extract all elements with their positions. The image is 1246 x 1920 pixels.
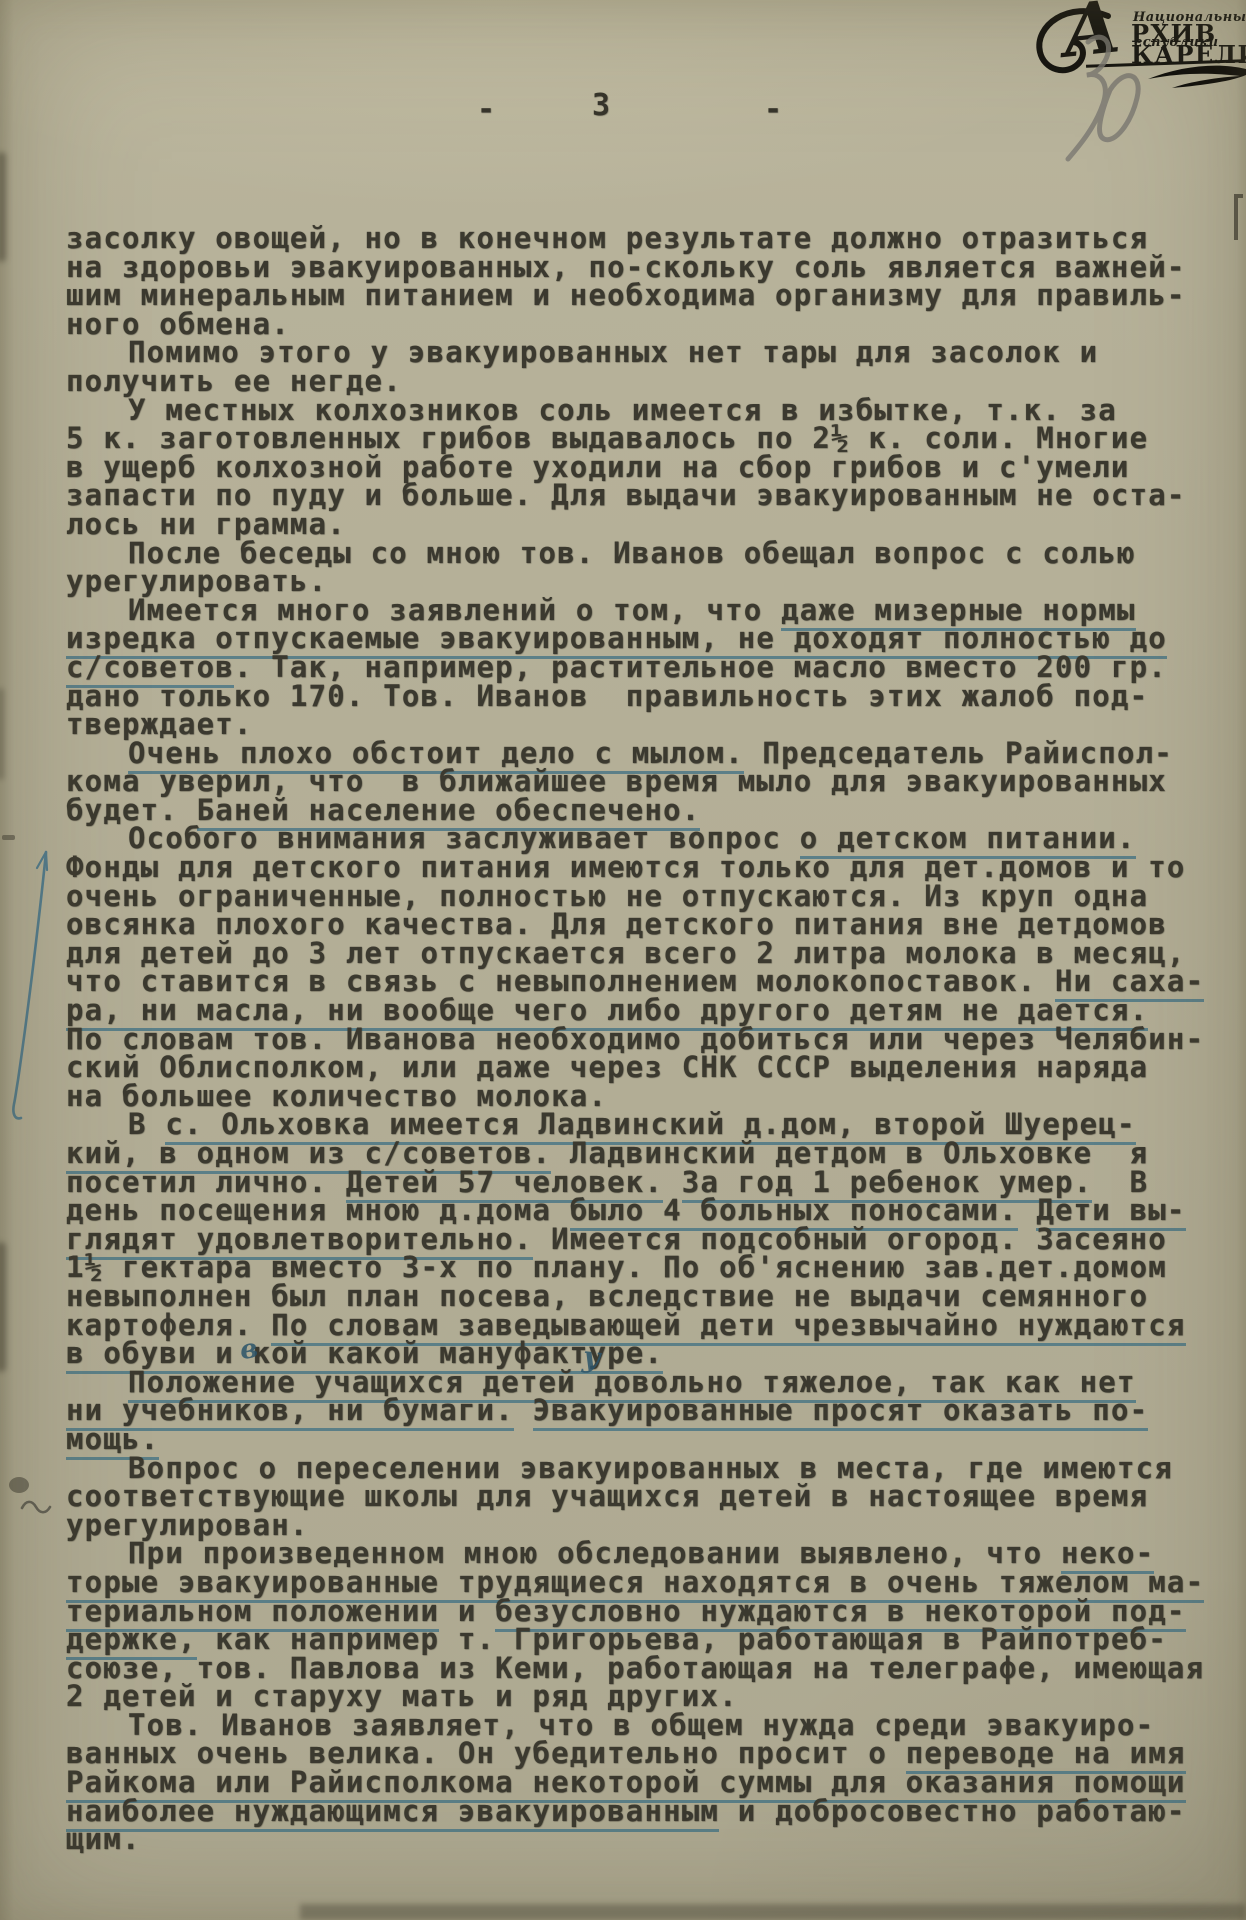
document-line: 1½ гектара вместо 3-х по плану. По об'яс… — [66, 1253, 1216, 1282]
paper-bottom-shadow — [300, 1904, 1246, 1920]
document-line: союзе, тов. Павлова из Кеми, работающая … — [66, 1654, 1216, 1683]
typed-text: щим. — [66, 1822, 141, 1856]
document-line: кома уверил, что в ближайшее время мыло … — [66, 767, 1216, 796]
document-line: тверждает. — [66, 710, 1216, 739]
document-line: запасти по пуду и больше. Для выдачи эва… — [66, 481, 1216, 510]
document-line: шим минеральным питанием и необходима ор… — [66, 281, 1216, 310]
paper-edge-smudge — [0, 152, 6, 262]
document-line: будет. Баней население обеспечено. — [66, 796, 1216, 825]
document-line: глядят удовлетворительно. Имеется подсоб… — [66, 1225, 1216, 1254]
typed-text — [514, 1393, 533, 1427]
document-line: невыполнен был план посева, вследствие н… — [66, 1282, 1216, 1311]
document-line: в ущерб колхозной работе уходили на сбор… — [66, 453, 1216, 482]
paper-edge-smudge — [0, 1242, 6, 1372]
right-edge-bracket-mark — [1236, 196, 1243, 240]
document-line: Вопрос о переселении эвакуированных в ме… — [66, 1454, 1216, 1483]
document-line: По словам тов. Иванова необходимо добить… — [66, 1025, 1216, 1054]
document-line: Положение учащихся детей довольно тяжело… — [66, 1368, 1216, 1397]
document-line: У местных колхозников соль имеется в изб… — [66, 396, 1216, 425]
document-line: засолку овощей, но в конечном результате… — [66, 224, 1216, 253]
typed-text: и добросовестно работаю- — [719, 1794, 1186, 1828]
document-line: ванных очень велика. Он убедительно прос… — [66, 1739, 1216, 1768]
document-line: Имеется много заявлений о том, что даже … — [66, 596, 1216, 625]
document-line: дано только 170. Тов. Иванов правильност… — [66, 682, 1216, 711]
document-line: изредка отпускаемые эвакуированным, не д… — [66, 624, 1216, 653]
document-line: Очень плохо обстоит дело с мылом. Предсе… — [66, 739, 1216, 768]
document-line: урегулирован. — [66, 1511, 1216, 1540]
document-line: овсянка плохого качества. Для детского п… — [66, 910, 1216, 939]
document-line: очень ограниченные, полностью не отпуска… — [66, 882, 1216, 911]
document-line: териальном положении и безусловно нуждаю… — [66, 1597, 1216, 1626]
document-line: ни учебников, ни бумаги. Эвакуированные … — [66, 1396, 1216, 1425]
document-line: что ставится в связь с невыполнением мол… — [66, 967, 1216, 996]
document-scan-page: { "page_header": { "dash_left": "-", "pa… — [0, 0, 1246, 1920]
paper-edge-smudge — [0, 688, 4, 780]
document-line: с/советов. Так, например, растительное м… — [66, 653, 1216, 682]
document-line: ного обмена. — [66, 310, 1216, 339]
feather-quill-icon — [1136, 62, 1246, 90]
document-line: лось ни грамма. — [66, 510, 1216, 539]
document-body: засолку овощей, но в конечном результате… — [66, 224, 1216, 1854]
document-line: получить ее негде. — [66, 367, 1216, 396]
document-line: Тов. Иванов заявляет, что в общем нужда … — [66, 1711, 1216, 1740]
document-line: 2 детей и старуху мать и ряд других. — [66, 1682, 1216, 1711]
page-number: 3 — [592, 88, 610, 123]
document-line: для детей до 3 лет отпускается всего 2 л… — [66, 939, 1216, 968]
page-number-dash-right: - — [764, 92, 782, 127]
margin-dash-mark — [2, 835, 15, 840]
document-line: В с. Ольховка имеется Ладвинский д.дом, … — [66, 1110, 1216, 1139]
document-line: ский Облисполком, или даже через СНК ССС… — [66, 1053, 1216, 1082]
margin-smudge-mark — [9, 1477, 29, 1493]
underlined-text: наиболее нуждающимся эвакуированным — [66, 1794, 719, 1832]
document-line: Фонды для детского питания имеются тольк… — [66, 853, 1216, 882]
document-line: на здоровьи эвакуированных, по-скольку с… — [66, 253, 1216, 282]
underlined-text: Эвакуированные просят оказать по- — [533, 1393, 1149, 1431]
document-line: 5 к. заготовленных грибов выдавалось по … — [66, 424, 1216, 453]
document-line: на большее количество молока. — [66, 1082, 1216, 1111]
margin-stroke-mark — [13, 852, 47, 1118]
document-line: кий, в одном из с/советов. Ладвинский де… — [66, 1139, 1216, 1168]
document-line: урегулировать. — [66, 567, 1216, 596]
document-line: посетил лично. Детей 57 человек. За год … — [66, 1168, 1216, 1197]
document-line: день посещения мною д.дома было 4 больны… — [66, 1196, 1216, 1225]
handwritten-correction: у — [581, 1339, 602, 1375]
archive-stamp: А Национальный РХИВ еспублики КАРЕЛИЯ — [1030, 0, 1246, 100]
document-line: При произведенном мною обследовании выяв… — [66, 1539, 1216, 1568]
document-line: соответствующие школы для учащихся детей… — [66, 1482, 1216, 1511]
document-line: Помимо этого у эвакуированных нет тары д… — [66, 338, 1216, 367]
margin-tilde-mark — [22, 1502, 50, 1512]
document-line: После беседы со мною тов. Иванов обещал … — [66, 539, 1216, 568]
document-line: Райкома или Райисполкома некоторой суммы… — [66, 1768, 1216, 1797]
document-line: ра, ни масла, ни вообще чего либо другог… — [66, 996, 1216, 1025]
page-number-dash-left: - — [477, 92, 495, 127]
document-line: торые эвакуированные трудящиеся находятс… — [66, 1568, 1216, 1597]
document-line: наиболее нуждающимся эвакуированным и до… — [66, 1797, 1216, 1826]
document-line: Особого внимания заслуживает вопрос о де… — [66, 824, 1216, 853]
document-line: держке, как например т. Григорьева, рабо… — [66, 1625, 1216, 1654]
